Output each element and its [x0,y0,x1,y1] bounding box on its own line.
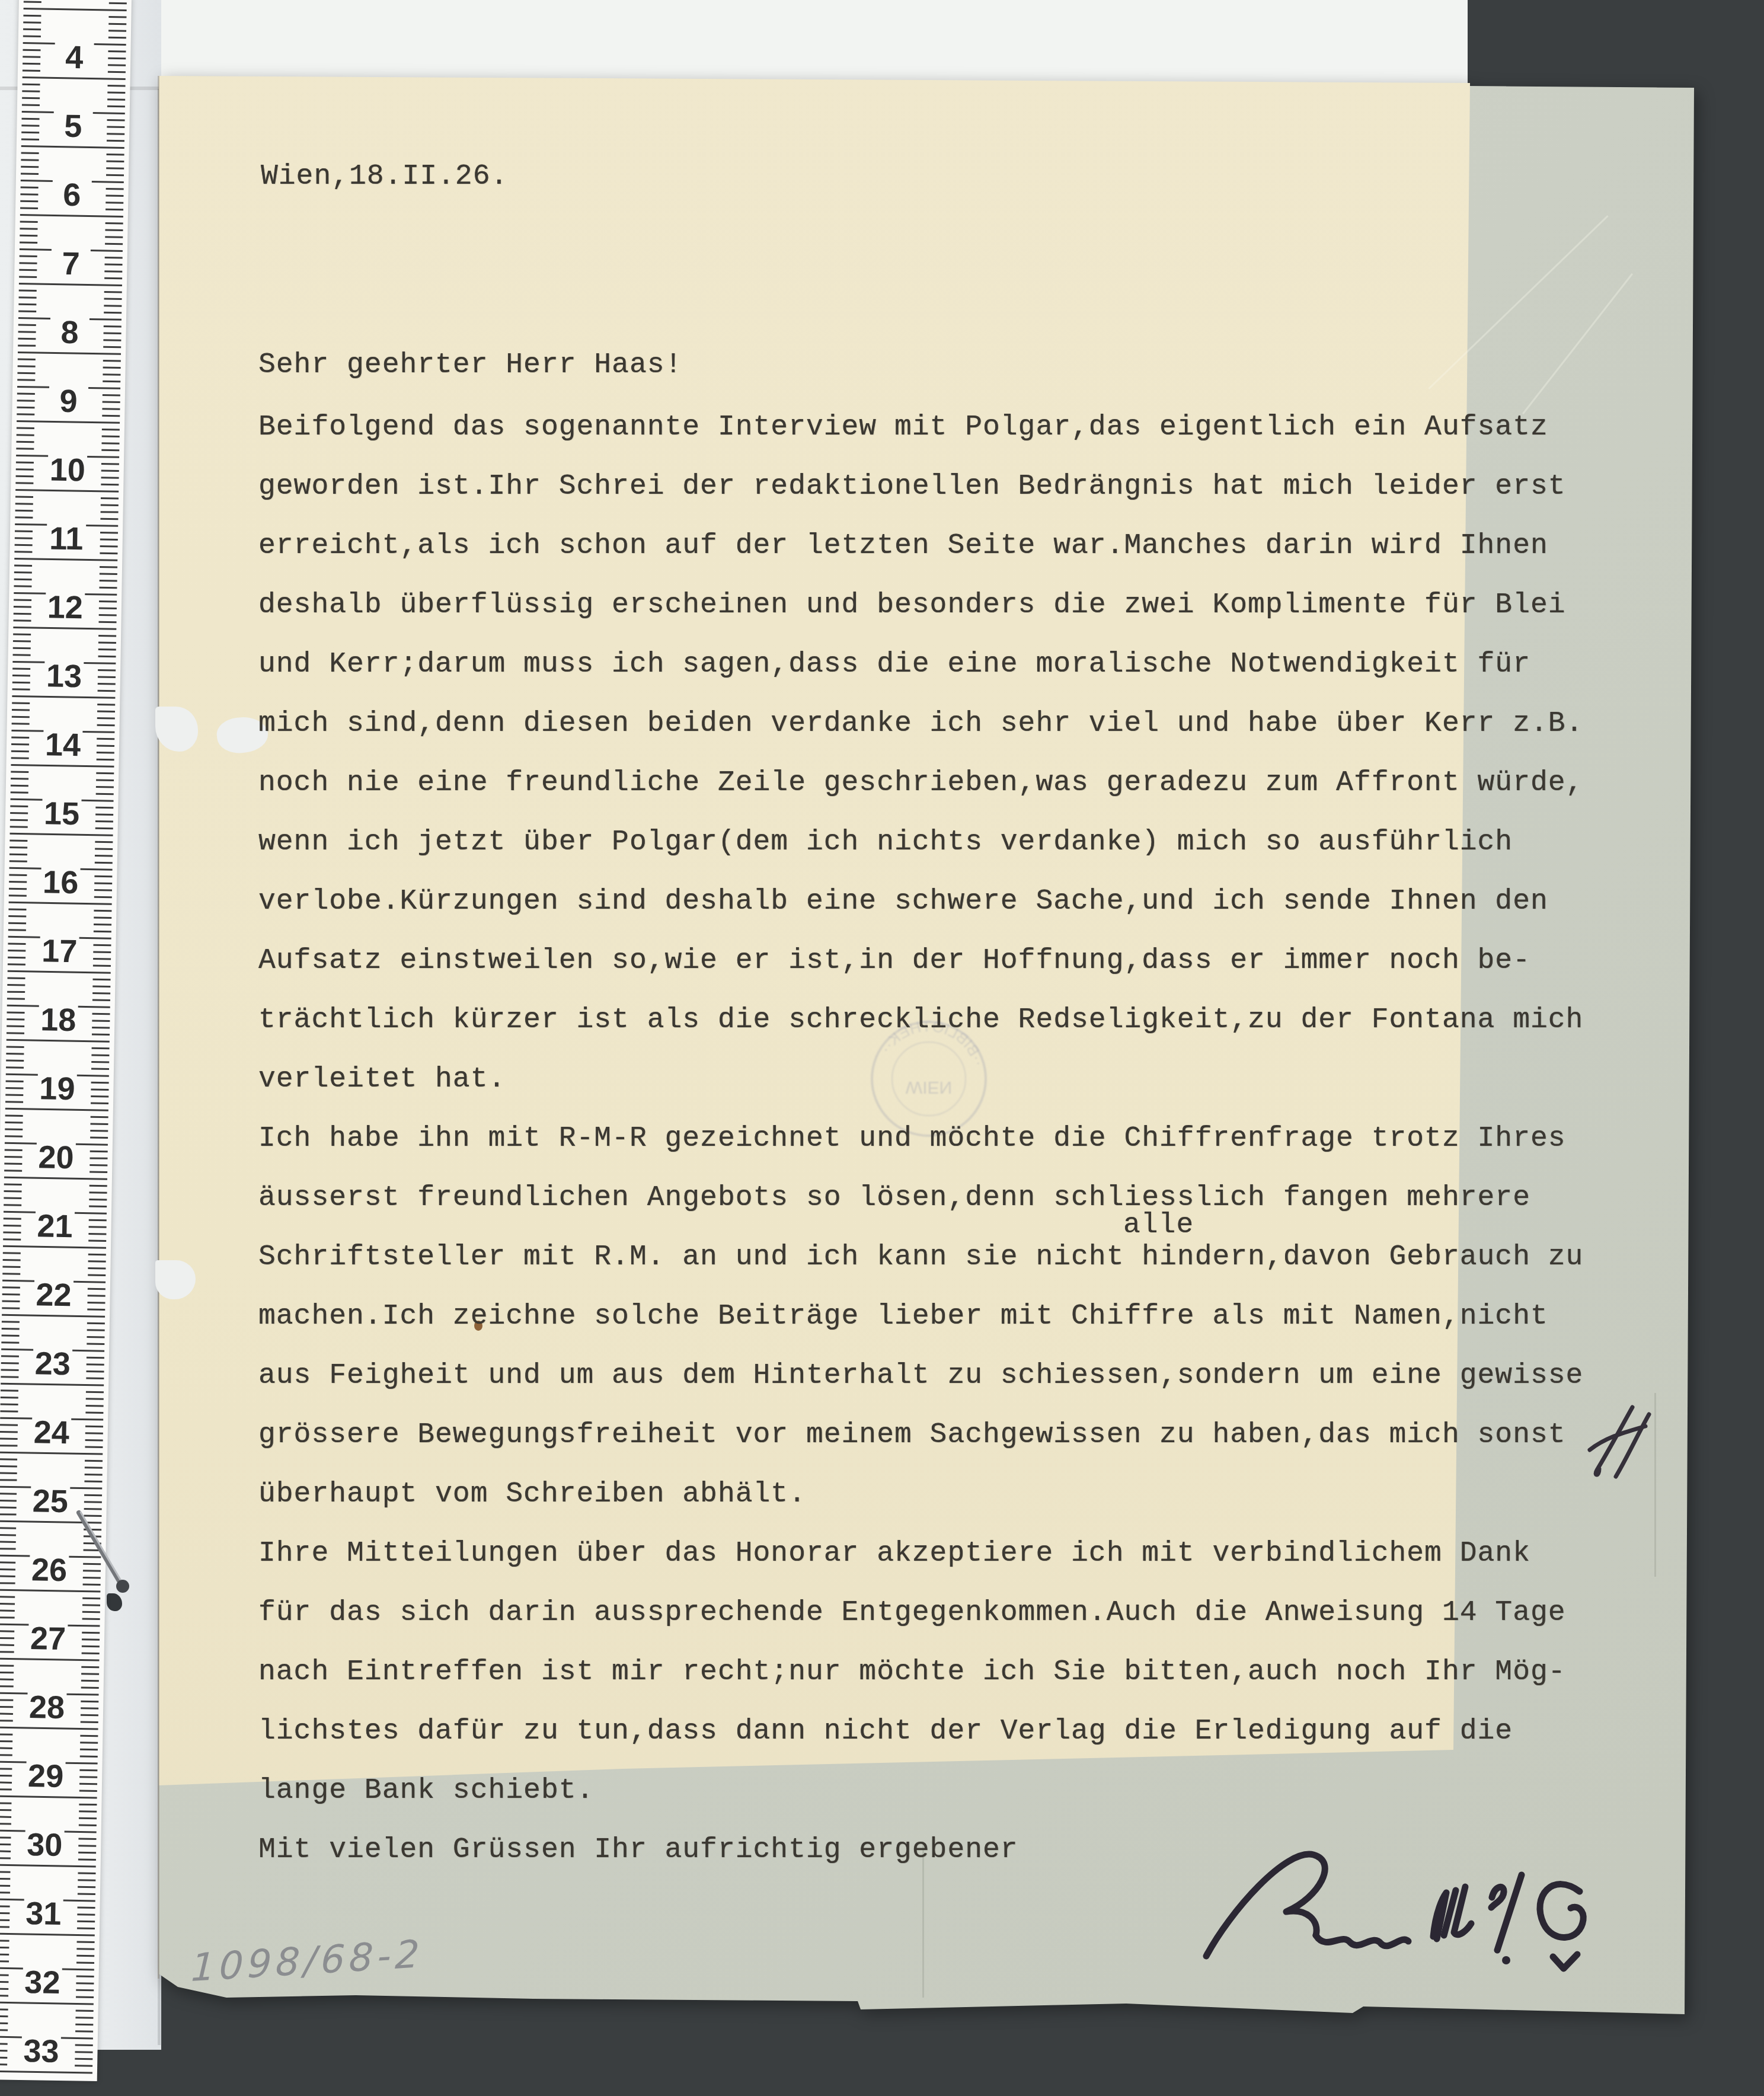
stamp-center-text: WIEN [906,1078,952,1097]
typed-line: aus Feigheit und um aus dem Hinterhalt z… [258,1360,1583,1392]
typed-line: und Kerr;darum muss ich sagen,dass die e… [258,648,1530,680]
typed-line: Schriftsteller mit R.M. an und ich kann … [258,1241,1583,1273]
handwritten-margin-mark [1578,1402,1661,1485]
typed-line: noch nie eine freundliche Zeile geschrie… [258,767,1583,799]
typed-line: grössere Bewegungsfreiheit vor meinem Sa… [258,1419,1566,1451]
typed-line: äusserst freundlichen Angebots so lösen,… [258,1182,1530,1214]
typed-line: lichstes dafür zu tun,dass dann nicht de… [258,1715,1513,1747]
typed-line: überhaupt vom Schreiben abhält. [258,1478,806,1510]
typed-line: nach Eintreffen ist mir recht;nur möchte… [258,1656,1566,1688]
ruler-number: 28 [0,1688,104,1727]
typed-insertion-above-line: alle [1123,1209,1194,1241]
backing-sheet-top [0,0,1468,89]
typed-line: verleitet hat. [258,1063,506,1095]
typed-line: Ihre Mitteilungen über das Honorar akzep… [258,1538,1530,1570]
typed-line: deshalb überflüssig erscheinen und beson… [258,589,1566,621]
ruler-number: 29 [0,1757,103,1795]
typed-line: mich sind,denn diesen beiden verdanke ic… [258,708,1583,740]
typed-line: für das sich darin aussprechende Entgege… [258,1597,1566,1629]
typed-line: lange Bank schiebt. [258,1775,594,1807]
salutation-line: Sehr geehrter Herr Haas! [258,349,682,381]
date-line: Wien,18.II.26. [261,161,508,193]
paper-crease [922,1843,924,1998]
ruler-number: 31 [0,1894,100,1933]
closing-line: Mit vielen Grüssen Ihr aufrichtig ergebe… [258,1834,1018,1866]
typed-line: erreicht,als ich schon auf der letzten S… [258,530,1548,562]
typed-line: verlobe.Kürzungen sind deshalb eine schw… [258,886,1548,918]
typed-line: geworden ist.Ihr Schrei der redaktionell… [258,471,1566,503]
ruler-number: 32 [0,1963,99,2002]
pin [0,0,190,1636]
handwritten-signature: Robert Musil [1197,1841,1618,1983]
ruler-number: 30 [0,1826,101,1864]
typed-line: Beifolgend das sogenannte Interview mit … [258,411,1548,443]
typed-line: machen.Ich zeichne solche Beiträge liebe… [258,1301,1548,1333]
typed-line: trächtlich kürzer ist als die schrecklic… [258,1004,1583,1036]
typed-line: Ich habe ihn mit R-M-R gezeichnet und mö… [258,1123,1566,1155]
ruler-number: 33 [0,2032,98,2071]
typed-line: wenn ich jetzt über Polgar(dem ich nicht… [258,826,1513,858]
scanned-letter-page: ··BIBLIOTHEK·· WIEN Wien,18.II.26. Sehr … [0,0,1764,2096]
pin-head [116,1580,129,1593]
typed-line: Aufsatz einstweilen so,wie er ist,in der… [258,945,1530,977]
